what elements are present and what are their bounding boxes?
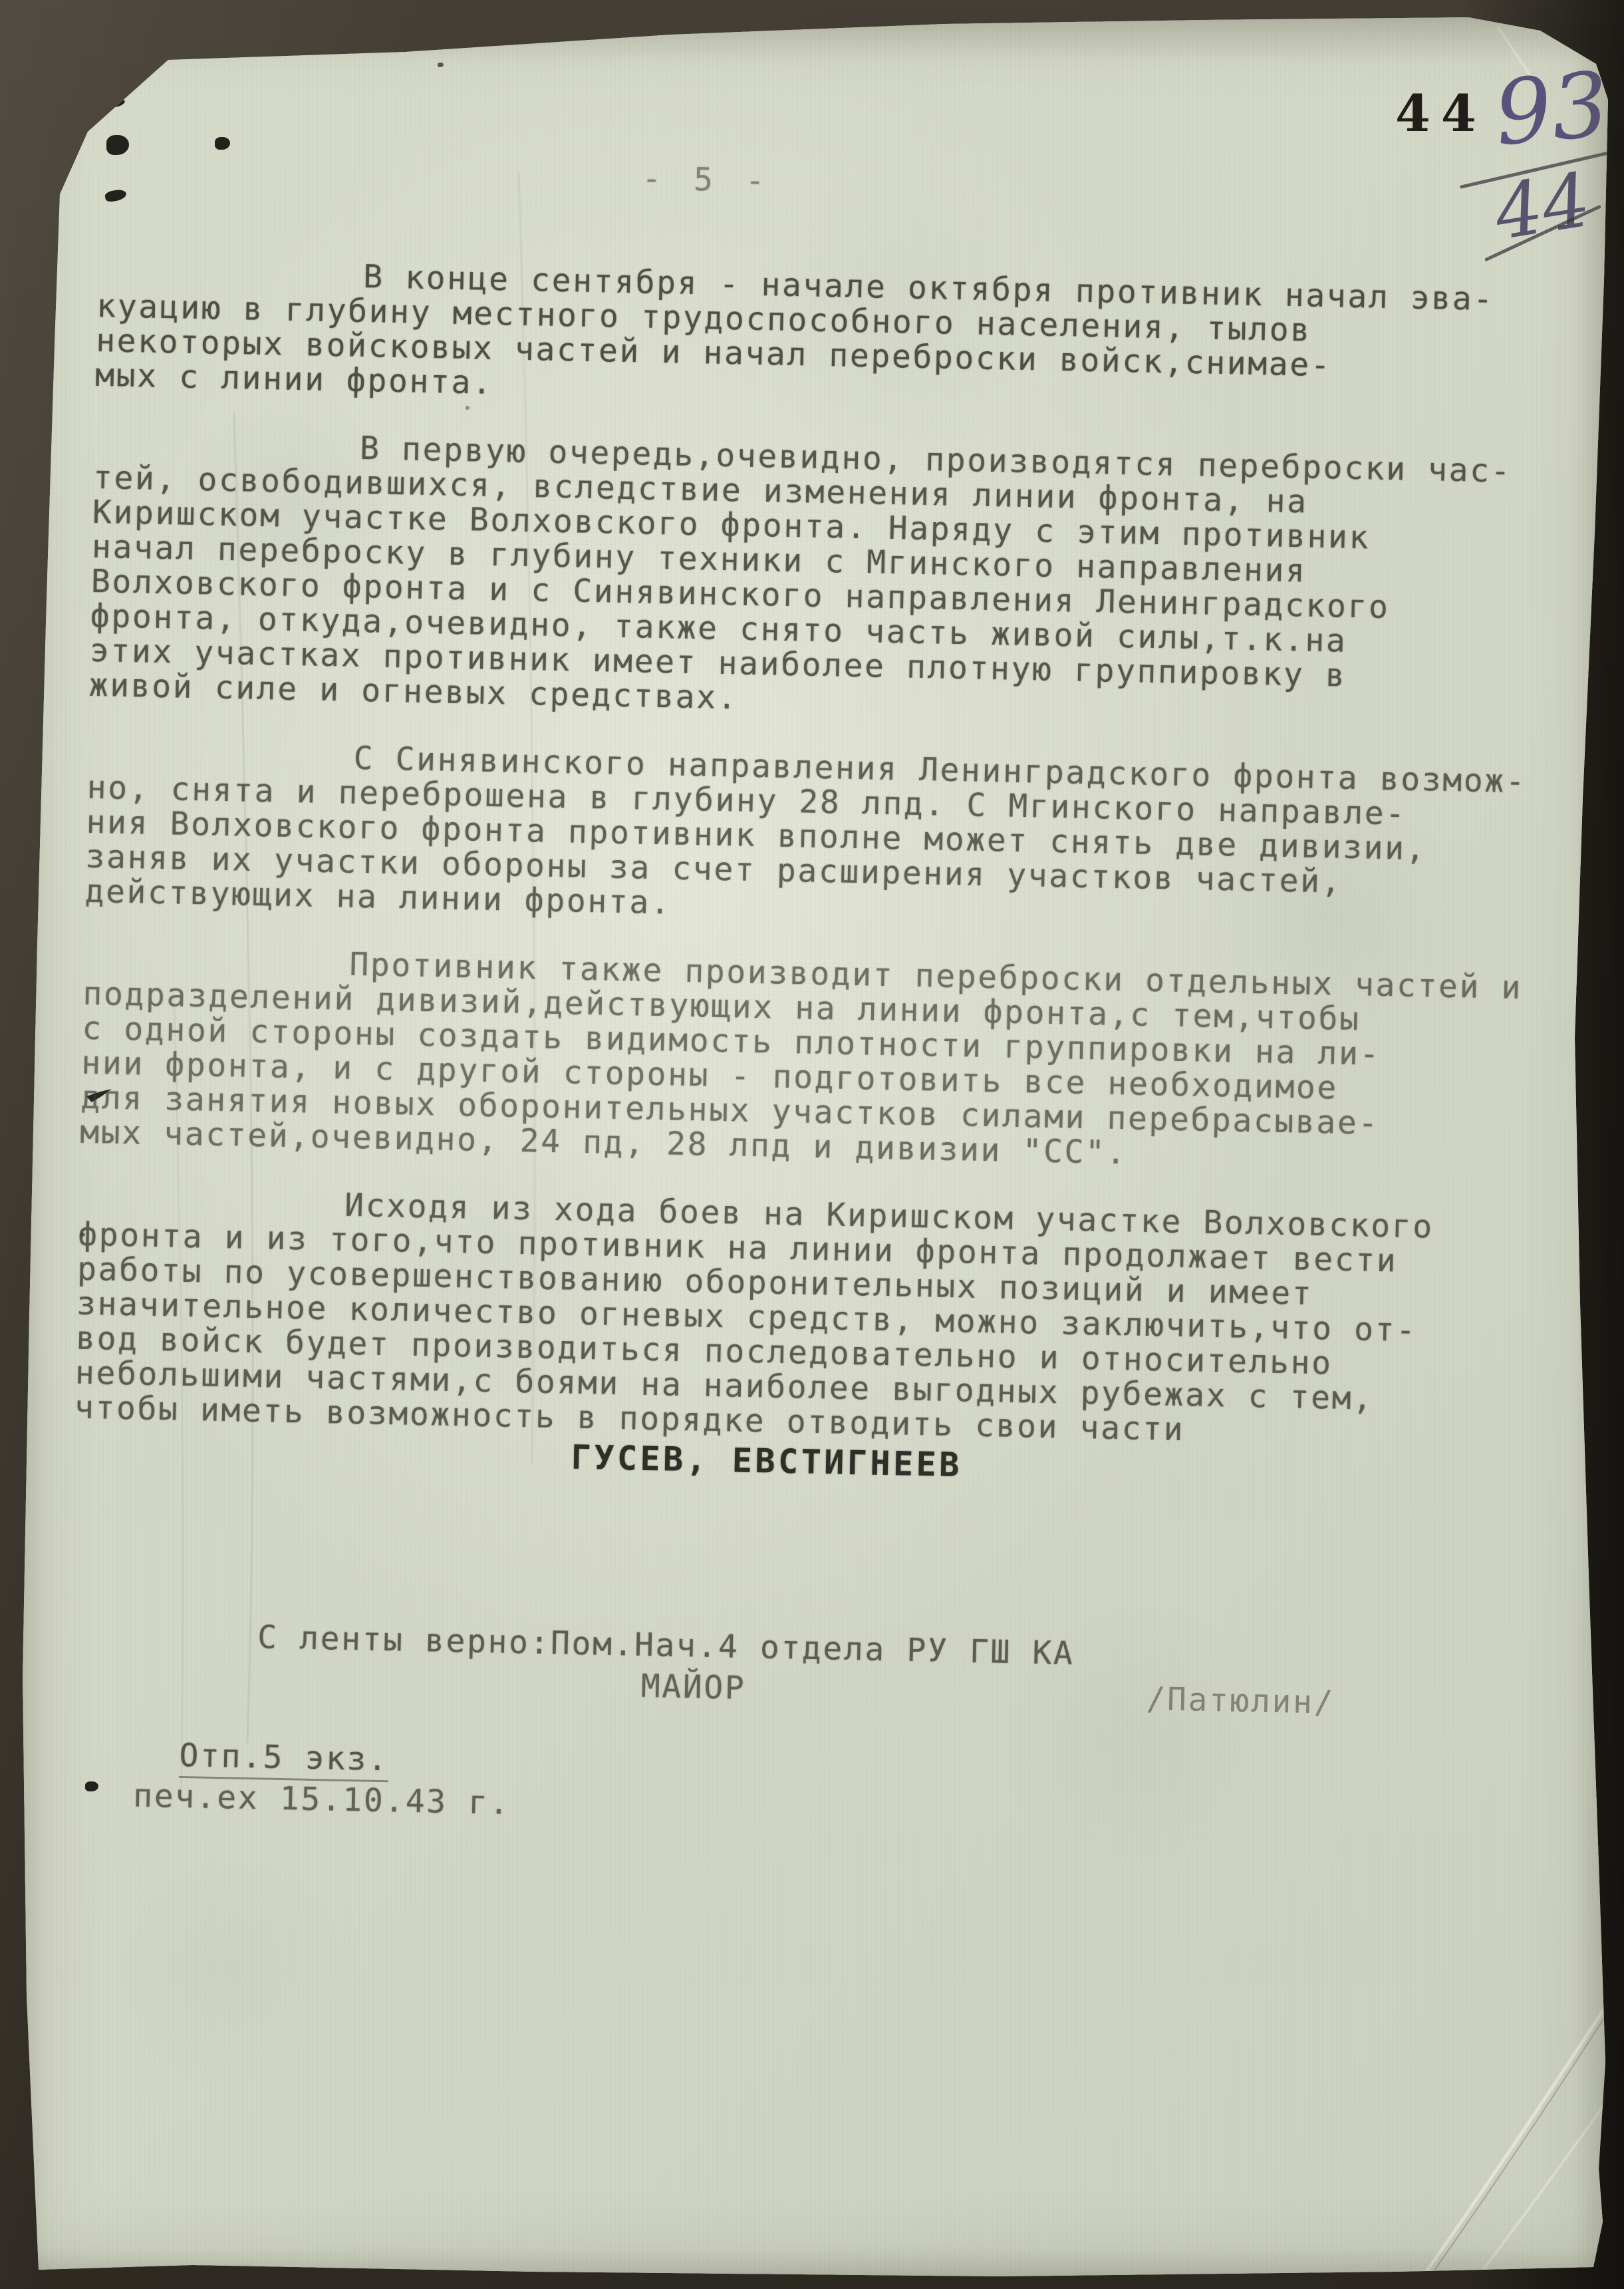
ink-blot — [215, 137, 230, 150]
paragraph-1: В конце сентября - начале октября против… — [95, 254, 1548, 422]
paragraph-2: В первую очередь,очевидно, производятся … — [88, 426, 1544, 732]
paragraph-5: Исходя из хода боев на Киришском участке… — [74, 1183, 1529, 1454]
typed-text-block: - 5 - В конце сентября - начале октября … — [67, 150, 1550, 1841]
certification-rank: МАЙОР — [640, 1669, 746, 1706]
certification-block: С ленты верно:Пом.Нач.4 отдела РУ ГШ КА … — [69, 1616, 1520, 1715]
paragraph-3: С Синявинского направления Ленинградског… — [84, 736, 1538, 938]
body-paragraphs: В конце сентября - начале октября против… — [74, 254, 1548, 1453]
copies-note-text: Отп.5 экз. — [179, 1737, 389, 1782]
document-page: 44 93 44 - 5 - В конце сентября - начале… — [0, 0, 1624, 2289]
paragraph-4: Противник также производит переброски от… — [80, 942, 1534, 1179]
ink-blot — [438, 63, 444, 67]
certification-signature: /Патюлин/ — [1146, 1682, 1335, 1720]
page-number: - 5 - — [642, 161, 1550, 214]
archive-number-handwritten-93: 93 — [1491, 53, 1613, 166]
archive-number-typed: 44 — [1395, 84, 1487, 143]
